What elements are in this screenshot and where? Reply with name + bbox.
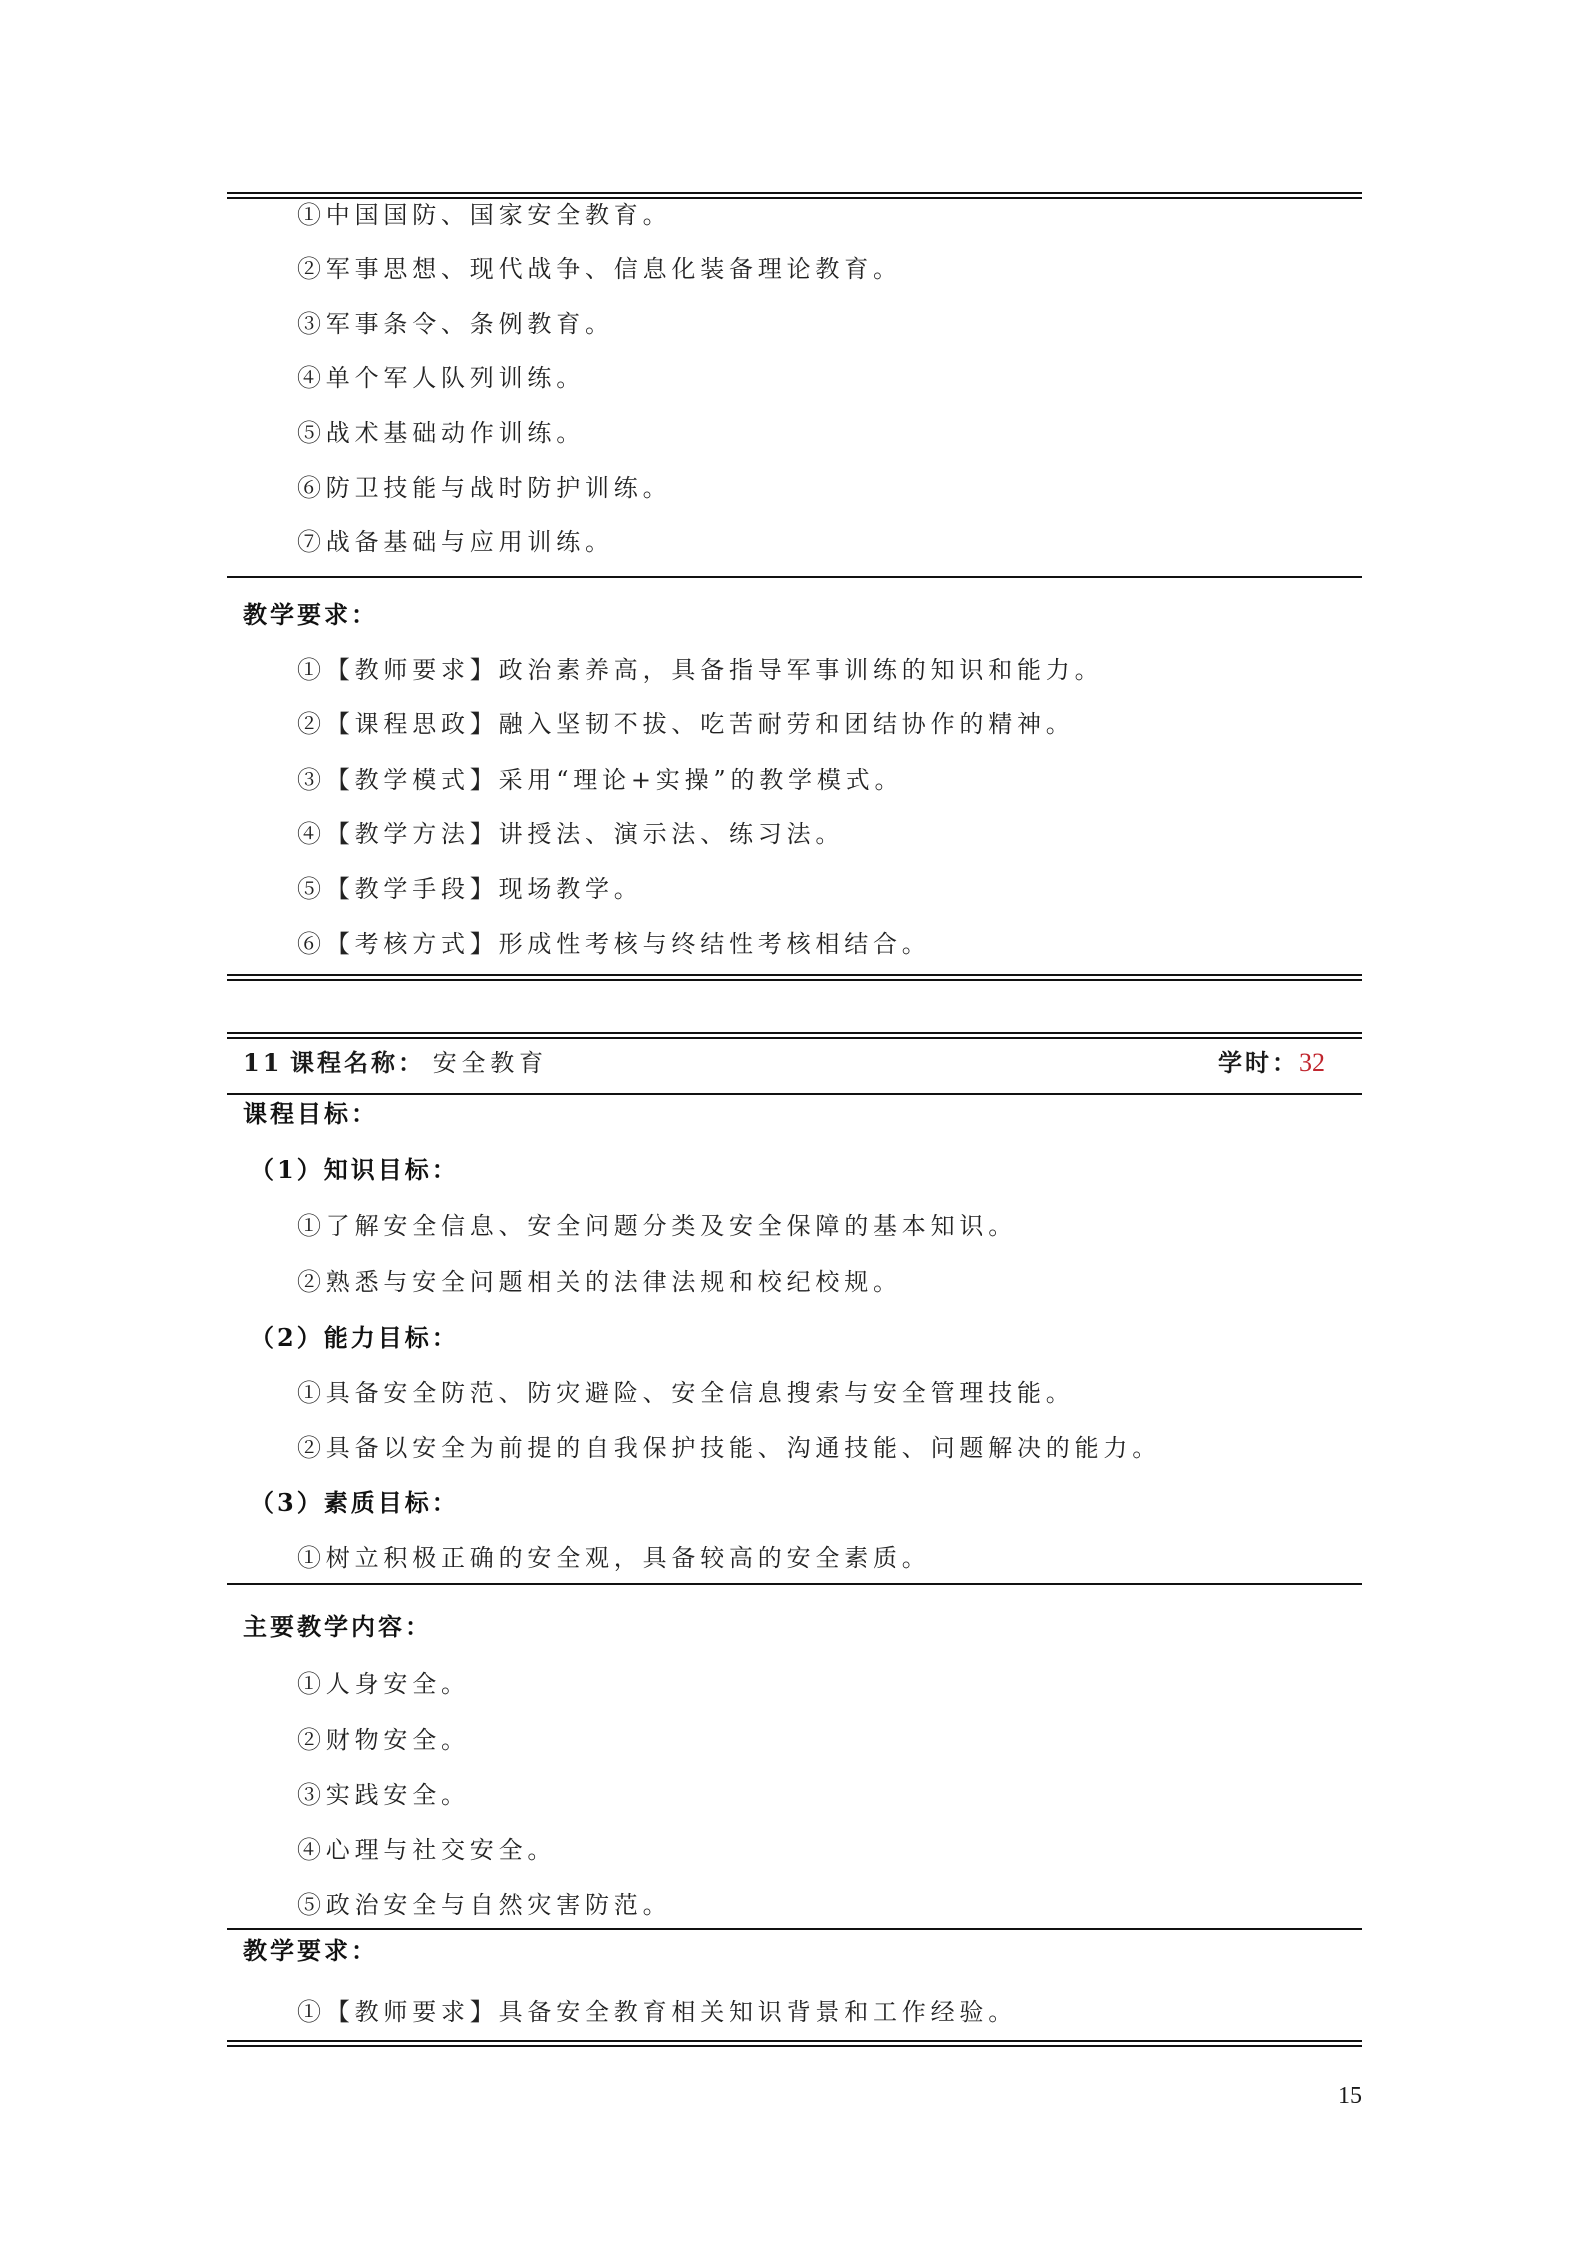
content-item: ②财物安全。	[297, 1725, 470, 1755]
course-bottom-rule	[227, 2040, 1362, 2047]
course-number: 11	[243, 1048, 282, 1077]
content-item: ①中国国防、国家安全教育。	[297, 200, 671, 230]
course-top-rule	[227, 1032, 1362, 1039]
content-item: ③实践安全。	[297, 1780, 470, 1810]
content-item: ③军事条令、条例教育。	[297, 309, 614, 339]
objective-subheading: （1）知识目标：	[250, 1155, 459, 1185]
content-heading: 主要教学内容：	[243, 1612, 432, 1642]
content-item: ④单个军人队列训练。	[297, 363, 585, 393]
requirement-item: ⑤【教学手段】现场教学。	[297, 874, 643, 904]
course-name: 安全教育	[433, 1049, 548, 1077]
prev-requirements-heading: 教学要求：	[243, 600, 378, 630]
objective-item: ②熟悉与安全问题相关的法律法规和校纪校规。	[297, 1267, 902, 1297]
hours-label: 学时：	[1218, 1048, 1299, 1077]
objective-item: ①树立积极正确的安全观，具备较高的安全素质。	[297, 1543, 931, 1573]
content-item: ②军事思想、现代战争、信息化装备理论教育。	[297, 254, 902, 284]
requirement-item: ⑥【考核方式】形成性考核与终结性考核相结合。	[297, 929, 931, 959]
requirement-item: ②【课程思政】融入坚韧不拔、吃苦耐劳和团结协作的精神。	[297, 709, 1075, 739]
header-divider	[227, 1093, 1362, 1095]
requirement-item: ④【教学方法】讲授法、演示法、练习法。	[297, 819, 844, 849]
requirements-heading: 教学要求：	[243, 1936, 378, 1966]
content-item: ⑥防卫技能与战时防护训练。	[297, 473, 671, 503]
objective-item: ②具备以安全为前提的自我保护技能、沟通技能、问题解决的能力。	[297, 1433, 1161, 1463]
content-item: ⑤战术基础动作训练。	[297, 418, 585, 448]
section-divider	[227, 576, 1362, 578]
requirement-item: ③【教学模式】采用“理论+实操”的教学模式。	[297, 765, 903, 795]
content-item: ⑤政治安全与自然灾害防范。	[297, 1890, 671, 1920]
content-item: ④心理与社交安全。	[297, 1835, 556, 1865]
prev-course-top-rule	[227, 192, 1362, 199]
course-header: 11 课程名称： 安全教育 学时：32	[243, 1048, 1325, 1078]
objective-subheading: （2）能力目标：	[250, 1323, 459, 1353]
section-divider	[227, 1583, 1362, 1585]
content-item: ⑦战备基础与应用训练。	[297, 527, 614, 557]
objective-subheading: （3）素质目标：	[250, 1488, 459, 1518]
objective-item: ①具备安全防范、防灾避险、安全信息搜索与安全管理技能。	[297, 1378, 1075, 1408]
section-divider	[227, 1928, 1362, 1930]
requirement-item: ①【教师要求】政治素养高，具备指导军事训练的知识和能力。	[297, 655, 1103, 685]
course-name-label: 课程名称：	[290, 1048, 425, 1077]
hours-value: 32	[1299, 1048, 1325, 1077]
objectives-heading: 课程目标：	[243, 1099, 378, 1129]
requirement-item: ①【教师要求】具备安全教育相关知识背景和工作经验。	[297, 1997, 1017, 2027]
prev-course-bottom-rule	[227, 974, 1362, 981]
objective-item: ①了解安全信息、安全问题分类及安全保障的基本知识。	[297, 1211, 1017, 1241]
course-hours: 学时：32	[1218, 1048, 1325, 1078]
content-item: ①人身安全。	[297, 1669, 470, 1699]
page-number: 15	[1338, 2083, 1362, 2110]
